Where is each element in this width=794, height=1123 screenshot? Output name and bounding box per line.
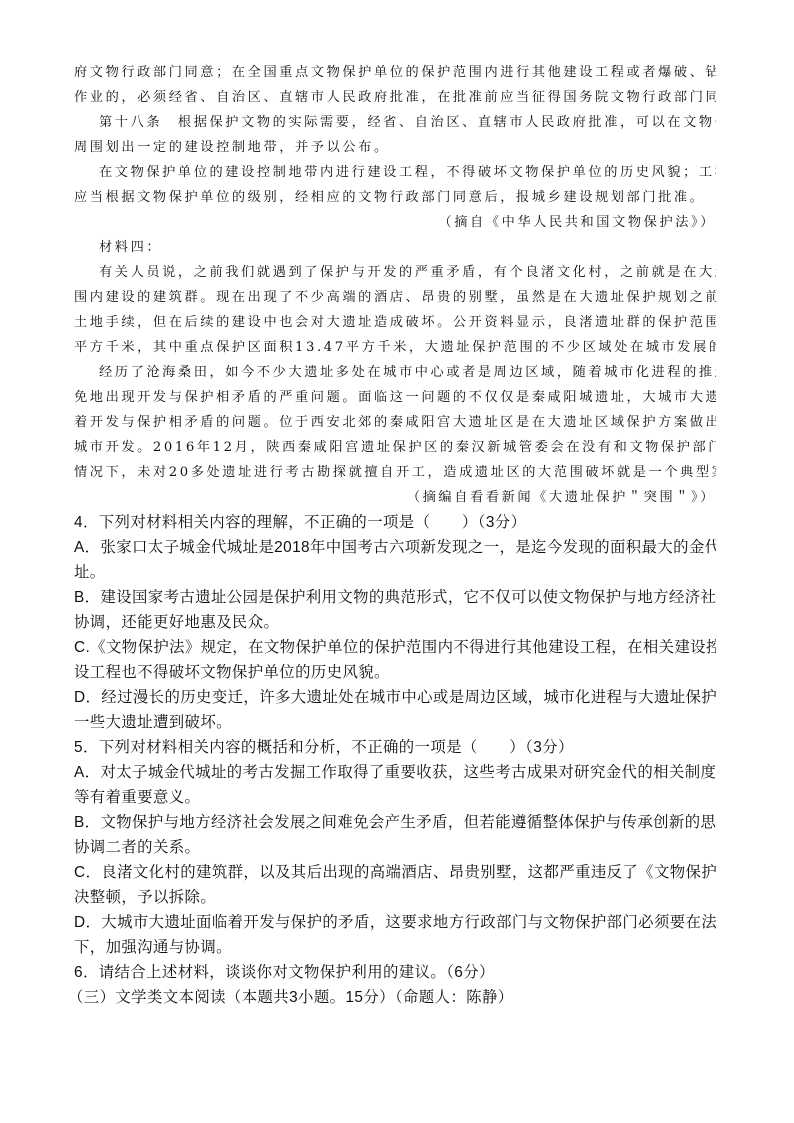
text-line: 周围划出一定的建设控制地带，并予以公布。	[74, 135, 716, 160]
text-line: 城市开发。2016年12月，陕西秦咸阳宫遗址保护区的秦汉新城管委会在没有和文物保…	[74, 435, 716, 460]
exam-page: 府文物行政部门同意；在全国重点文物保护单位的保护范围内进行其他建设工程或者爆破、…	[74, 60, 716, 1010]
material-4: 材料四： 有关人员说，之前我们就遇到了保护与开发的严重矛盾，有个良渚文化村，之前…	[74, 235, 716, 510]
text-line: 经历了沧海桑田，如今不少大遗址多处在城市中心或者是周边区域，随着城市化进程的推进…	[74, 360, 716, 385]
source-citation: （摘自《中华人民共和国文物保护法》）	[74, 210, 716, 235]
option-text: 一些大遗址遭到破坏。	[74, 710, 716, 735]
question-stem: 5．下列对材料相关内容的概括和分析，不正确的一项是（ ）（3分）	[74, 735, 716, 760]
text-line: 应当根据文物保护单位的级别，经相应的文物行政部门同意后，报城乡建设规划部门批准。	[74, 185, 716, 210]
question-stem: 4．下列对材料相关内容的理解，不正确的一项是（ ）（3分）	[74, 510, 716, 535]
option-text: A．张家口太子城金代城址是2018年中国考古六项新发现之一，是迄今发现的面积最大…	[74, 535, 716, 560]
text-line: 土地手续，但在后续的建设中也会对大遗址造成破坏。公开资料显示，良渚遗址群的保护范…	[74, 310, 716, 335]
option-text: D．经过漫长的历史变迁，许多大遗址处在城市中心或是周边区域，城市化进程与大遗址保…	[74, 685, 716, 710]
text-line: 平方千米，其中重点保护区面积13.47平方千米，大遗址保护范围的不少区域处在城市…	[74, 335, 716, 360]
question-4: 4．下列对材料相关内容的理解，不正确的一项是（ ）（3分） A．张家口太子城金代…	[74, 510, 716, 735]
option-text: 等有着重要意义。	[74, 785, 716, 810]
option-text: 协调，还能更好地惠及民众。	[74, 610, 716, 635]
option-a: A．张家口太子城金代城址是2018年中国考古六项新发现之一，是迄今发现的面积最大…	[74, 535, 716, 585]
option-b: B．建设国家考古遗址公园是保护利用文物的典范形式，它不仅可以使文物保护与地方经济…	[74, 585, 716, 635]
option-text: 决整顿，予以拆除。	[74, 885, 716, 910]
text-line: 在文物保护单位的建设控制地带内进行建设工程，不得破坏文物保护单位的历史风貌；工程…	[74, 160, 716, 185]
option-d: D．经过漫长的历史变迁，许多大遗址处在城市中心或是周边区域，城市化进程与大遗址保…	[74, 685, 716, 735]
option-text: C.《文物保护法》规定，在文物保护单位的保护范围内不得进行其他建设工程，在相关建…	[74, 635, 716, 660]
text-line: 府文物行政部门同意；在全国重点文物保护单位的保护范围内进行其他建设工程或者爆破、…	[74, 60, 716, 85]
option-text: C．良渚文化村的建筑群，以及其后出现的高端酒店、昂贵别墅，这都严重违反了《文物保…	[74, 860, 716, 885]
text-line: 作业的，必须经省、自治区、直辖市人民政府批准，在批准前应当征得国务院文物行政部门…	[74, 85, 716, 110]
text-line: 情况下，未对20多处遗址进行考古勘探就擅自开工，造成遗址区的大范围破坏就是一个典…	[74, 460, 716, 485]
question-6: 6．请结合上述材料，谈谈你对文物保护利用的建议。（6分）	[74, 960, 716, 985]
text-line: 免地出现开发与保护相矛盾的严重问题。面临这一问题的不仅仅是秦咸阳城遗址，大城市大…	[74, 385, 716, 410]
option-d: D．大城市大遗址面临着开发与保护的矛盾，这要求地方行政部门与文物保护部门必须要在…	[74, 910, 716, 960]
option-c: C.《文物保护法》规定，在文物保护单位的保护范围内不得进行其他建设工程，在相关建…	[74, 635, 716, 685]
section-3-heading-block: （三）文学类文本阅读（本题共3小题。15分）（命题人：陈静）	[74, 985, 716, 1010]
text-line: 有关人员说，之前我们就遇到了保护与开发的严重矛盾，有个良渚文化村，之前就是在大遗…	[74, 260, 716, 285]
article-18-line: 第十八条 根据保护文物的实际需要，经省、自治区、直辖市人民政府批准，可以在文物保…	[74, 110, 716, 135]
source-citation: （摘编自看看新闻《大遗址保护＂突围＂》）	[74, 485, 716, 510]
question-stem: 6．请结合上述材料，谈谈你对文物保护利用的建议。（6分）	[74, 960, 716, 985]
option-text: 址。	[74, 560, 716, 585]
text-line: 围内建设的建筑群。现在出现了不少高端的酒店、昂贵的别墅，虽然是在大遗址保护规划之…	[74, 285, 716, 310]
question-5: 5．下列对材料相关内容的概括和分析，不正确的一项是（ ）（3分） A．对太子城金…	[74, 735, 716, 960]
option-text: D．大城市大遗址面临着开发与保护的矛盾，这要求地方行政部门与文物保护部门必须要在…	[74, 910, 716, 935]
option-a: A．对太子城金代城址的考古发掘工作取得了重要收获，这些考古成果对研究金代的相关制…	[74, 760, 716, 810]
option-text: B．建设国家考古遗址公园是保护利用文物的典范形式，它不仅可以使文物保护与地方经济…	[74, 585, 716, 610]
option-text: 协调二者的关系。	[74, 835, 716, 860]
option-c: C．良渚文化村的建筑群，以及其后出现的高端酒店、昂贵别墅，这都严重违反了《文物保…	[74, 860, 716, 910]
material-heading: 材料四：	[74, 235, 716, 260]
option-text: A．对太子城金代城址的考古发掘工作取得了重要收获，这些考古成果对研究金代的相关制…	[74, 760, 716, 785]
material-3-tail: 府文物行政部门同意；在全国重点文物保护单位的保护范围内进行其他建设工程或者爆破、…	[74, 60, 716, 235]
text-line: 着开发与保护相矛盾的问题。位于西安北郊的秦咸阳宫大遗址区是在大遗址区域保护方案做…	[74, 410, 716, 435]
option-text: 下，加强沟通与协调。	[74, 935, 716, 960]
section-heading: （三）文学类文本阅读（本题共3小题。15分）（命题人：陈静）	[68, 985, 716, 1010]
option-b: B．文物保护与地方经济社会发展之间难免会产生矛盾，但若能遵循整体保护与传承创新的…	[74, 810, 716, 860]
option-text: B．文物保护与地方经济社会发展之间难免会产生矛盾，但若能遵循整体保护与传承创新的…	[74, 810, 716, 835]
option-text: 设工程也不得破坏文物保护单位的历史风貌。	[74, 660, 716, 685]
